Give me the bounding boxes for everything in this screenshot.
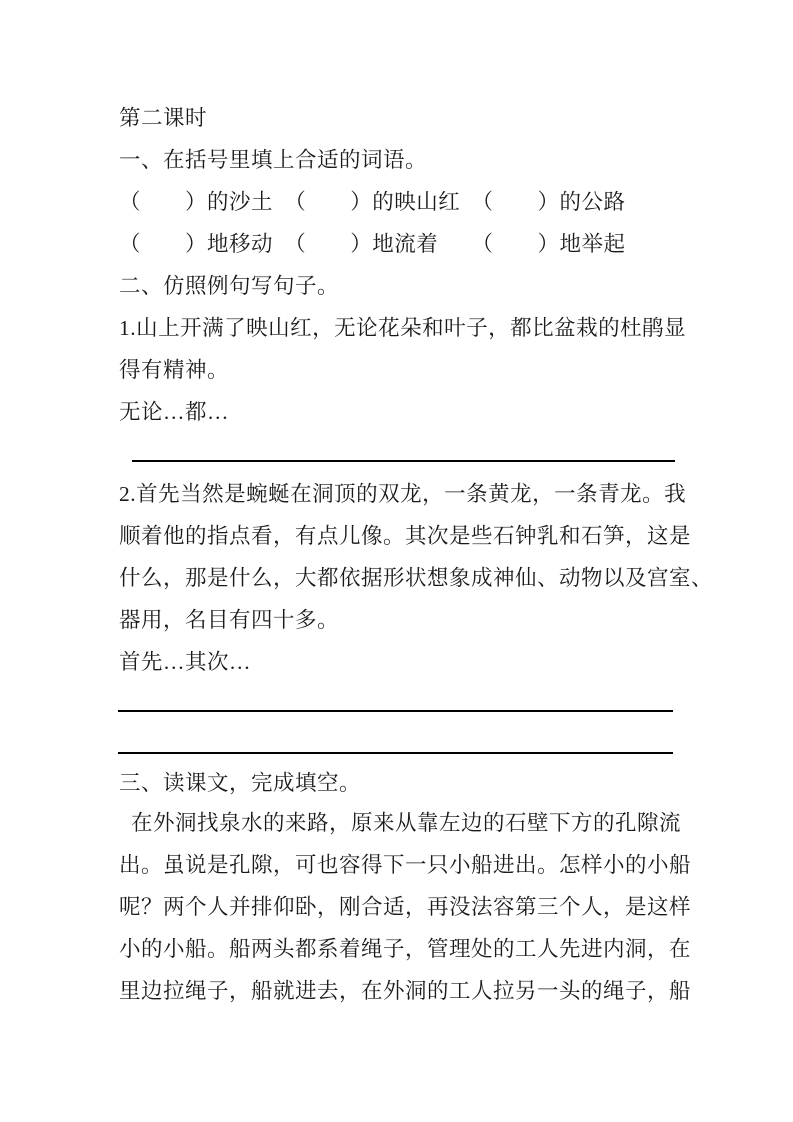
pattern-hint: 首先…其次… xyxy=(119,641,251,683)
answer-line xyxy=(118,752,673,754)
fill-blank-row: （ ）地移动 （ ）地流着 （ ）地举起 xyxy=(119,223,626,265)
pattern-hint: 无论…都… xyxy=(119,391,229,433)
page-title: 第二课时 xyxy=(119,97,207,139)
passage-line: 里边拉绳子，船就进去，在外洞的工人拉另一头的绳子，船 xyxy=(119,970,691,1012)
passage-line: 呢？两个人并排仰卧，刚合适，再没法容第三个人，是这样 xyxy=(119,886,691,928)
passage-line: 在外洞找泉水的来路，原来从靠左边的石壁下方的孔隙流 xyxy=(131,802,681,844)
example-sentence-line: 得有精神。 xyxy=(119,349,229,391)
example-sentence-line: 2.首先当然是蜿蜒在洞顶的双龙，一条黄龙，一条青龙。我 xyxy=(119,473,686,515)
section3-heading: 三、读课文，完成填空。 xyxy=(119,762,361,804)
passage-line: 出。虽说是孔隙，可也容得下一只小船进出。怎样小的小船 xyxy=(119,844,691,886)
answer-line xyxy=(132,460,675,462)
section1-heading: 一、在括号里填上合适的词语。 xyxy=(119,139,427,181)
passage-line: 小的小船。船两头都系着绳子，管理处的工人先进内洞，在 xyxy=(119,928,691,970)
example-sentence-line: 顺着他的指点看，有点儿像。其次是些石钟乳和石笋，这是 xyxy=(119,515,691,557)
example-sentence-line: 器用，名目有四十多。 xyxy=(119,599,339,641)
answer-line xyxy=(118,710,673,712)
example-sentence-line: 1.山上开满了映山红，无论花朵和叶子，都比盆栽的杜鹃显 xyxy=(119,307,686,349)
fill-blank-row: （ ）的沙土 （ ）的映山红 （ ）的公路 xyxy=(119,181,626,223)
example-sentence-line: 什么，那是什么，大都依据形状想象成神仙、动物以及宫室、 xyxy=(119,557,713,599)
section2-heading: 二、仿照例句写句子。 xyxy=(119,265,339,307)
worksheet-page: 第二课时 一、在括号里填上合适的词语。 （ ）的沙土 （ ）的映山红 （ ）的公… xyxy=(0,0,793,1122)
